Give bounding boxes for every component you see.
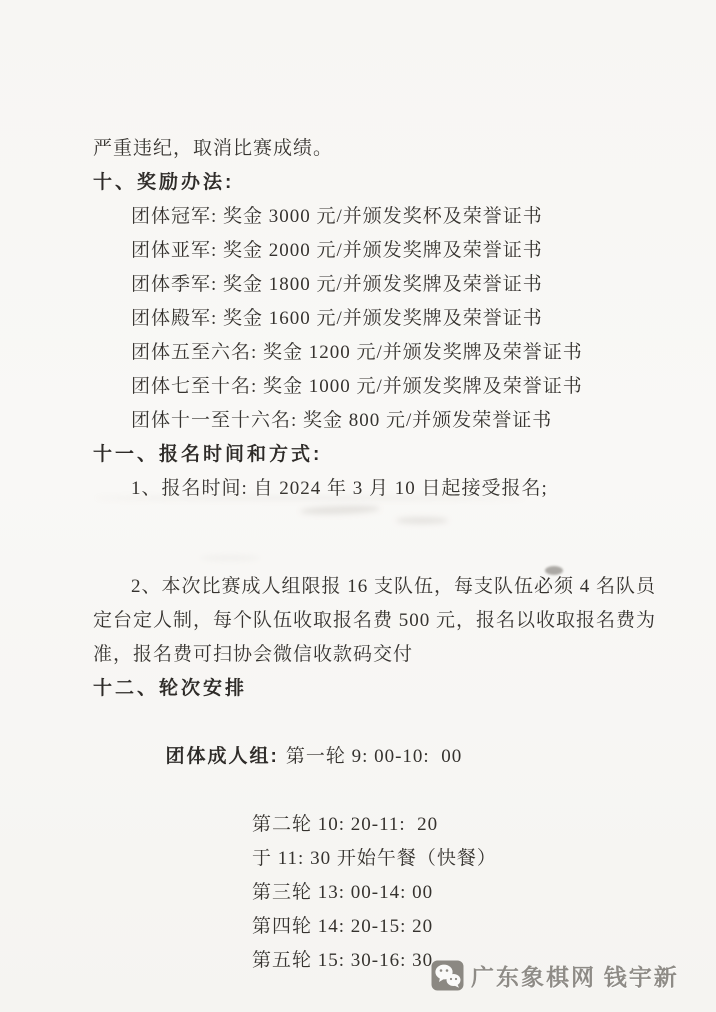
prize-line-fourth: 团体殿军: 奖金 1600 元/并颁发奖牌及荣誉证书	[93, 302, 661, 336]
rounds-group-row: 团体成人组:第一轮 9: 00-10: 00	[93, 706, 661, 808]
scan-smudge	[396, 517, 448, 524]
prize-line-eleventh-sixteenth: 团体十一至十六名: 奖金 800 元/并颁发荣誉证书	[93, 404, 661, 438]
watermark: 广东象棋网 钱宇新	[431, 959, 679, 992]
document-body: 严重违纪，取消比赛成绩。 十、奖励办法: 团体冠军: 奖金 3000 元/并颁发…	[0, 0, 716, 978]
wechat-icon	[431, 960, 464, 991]
round-line-1: 第一轮 9: 00-10: 00	[286, 746, 462, 767]
scan-smudge	[95, 496, 525, 500]
rounds-group-label: 团体成人组:	[166, 746, 279, 767]
scan-artifact-mark	[545, 566, 563, 575]
registration-teams-line-1: 2、本次比赛成人组限报 16 支队伍，每支队伍必须 4 名队员	[93, 570, 661, 604]
section-heading-awards: 十、奖励办法:	[93, 166, 661, 200]
intro-line: 严重违纪，取消比赛成绩。	[93, 132, 661, 166]
scanned-document-page: 严重违纪，取消比赛成绩。 十、奖励办法: 团体冠军: 奖金 3000 元/并颁发…	[0, 0, 716, 1012]
prize-line-seventh-tenth: 团体七至十名: 奖金 1000 元/并颁发奖牌及荣誉证书	[93, 370, 661, 404]
prize-line-fifth-sixth: 团体五至六名: 奖金 1200 元/并颁发奖牌及荣誉证书	[93, 336, 661, 370]
registration-time-line: 1、报名时间: 自 2024 年 3 月 10 日起接受报名;	[93, 472, 661, 506]
lunch-line: 于 11: 30 开始午餐（快餐）	[93, 842, 661, 876]
registration-teams-line-2: 定台定人制，每个队伍收取报名费 500 元，报名以收取报名费为	[93, 604, 661, 638]
round-line-2: 第二轮 10: 20-11: 20	[93, 808, 661, 842]
prize-line-third: 团体季军: 奖金 1800 元/并颁发奖牌及荣誉证书	[93, 268, 661, 302]
watermark-text: 广东象棋网 钱宇新	[471, 959, 679, 992]
prize-line-runner-up: 团体亚军: 奖金 2000 元/并颁发奖牌及荣誉证书	[93, 234, 661, 268]
round-line-4: 第四轮 14: 20-15: 20	[93, 910, 661, 944]
prize-line-champion: 团体冠军: 奖金 3000 元/并颁发奖杯及荣誉证书	[93, 200, 661, 234]
registration-teams-line-3: 准，报名费可扫协会微信收款码交付	[93, 638, 661, 672]
section-heading-registration: 十一、报名时间和方式:	[93, 438, 661, 472]
section-heading-rounds: 十二、轮次安排	[93, 672, 661, 706]
erased-text-area	[93, 506, 661, 570]
scan-smudge	[200, 555, 260, 561]
round-line-3: 第三轮 13: 00-14: 00	[93, 876, 661, 910]
